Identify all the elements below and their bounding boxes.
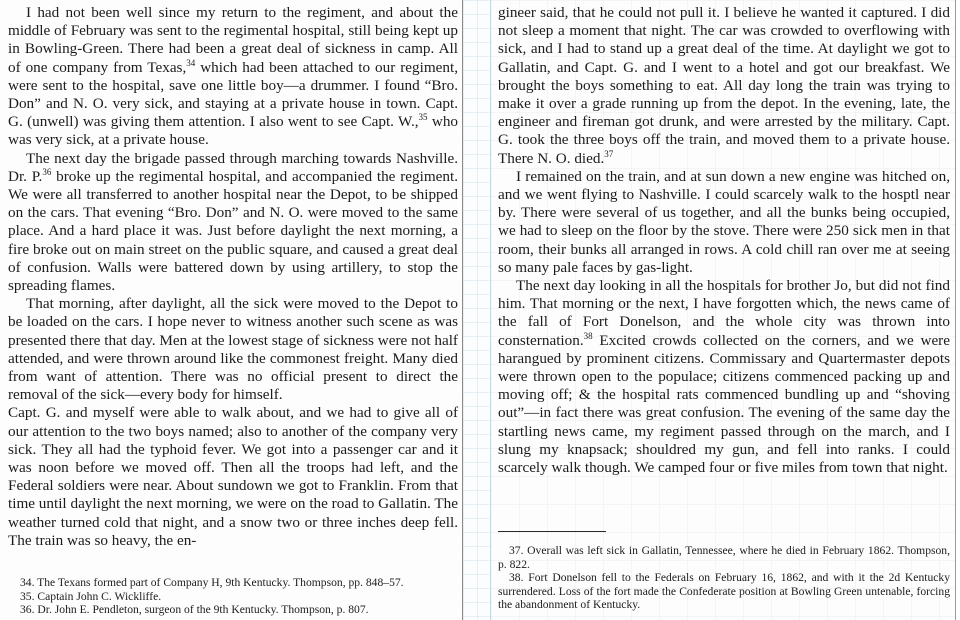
left-footnotes: 34. The Texans formed part of Company H,… bbox=[20, 576, 460, 617]
footnote: 35. Captain John C. Wickliffe. bbox=[20, 590, 460, 604]
left-page: I had not been well since my return to t… bbox=[0, 0, 463, 620]
paragraph: The next day looking in all the hospital… bbox=[498, 277, 950, 477]
footnote-ref: 37 bbox=[604, 149, 613, 159]
footnote: 37. Overall was left sick in Gallatin, T… bbox=[498, 544, 950, 571]
paragraph: Capt. G. and myself were able to walk ab… bbox=[8, 404, 458, 550]
page-gutter bbox=[463, 0, 490, 620]
footnote: 36. Dr. John E. Pendleton, surgeon of th… bbox=[20, 603, 460, 617]
footnote-ref: 35 bbox=[419, 112, 428, 122]
left-body-text: I had not been well since my return to t… bbox=[8, 4, 458, 550]
paragraph: That morning, after daylight, all the si… bbox=[8, 295, 458, 404]
text-run: broke up the regimental hospital, and ac… bbox=[8, 168, 458, 294]
right-body-text: gineer said, that he could not pull it. … bbox=[498, 4, 950, 477]
paragraph: gineer said, that he could not pull it. … bbox=[498, 4, 950, 168]
footnote-divider bbox=[498, 531, 606, 532]
paragraph: The next day the brigade passed through … bbox=[8, 150, 458, 296]
footnote-ref: 34 bbox=[186, 58, 195, 68]
text-run: gineer said, that he could not pull it. … bbox=[498, 4, 950, 167]
footnote: 38. Fort Donelson fell to the Federals o… bbox=[498, 571, 950, 612]
text-run: Excited crowds collected on the corners,… bbox=[498, 332, 950, 476]
right-footnotes: 37. Overall was left sick in Gallatin, T… bbox=[498, 544, 950, 612]
paragraph: I had not been well since my return to t… bbox=[8, 4, 458, 150]
paragraph: I remained on the train, and at sun down… bbox=[498, 168, 950, 277]
footnote-ref: 36 bbox=[42, 167, 51, 177]
footnote: 34. The Texans formed part of Company H,… bbox=[20, 576, 460, 590]
footnote-ref: 38 bbox=[584, 331, 593, 341]
right-page: gineer said, that he could not pull it. … bbox=[490, 0, 956, 620]
